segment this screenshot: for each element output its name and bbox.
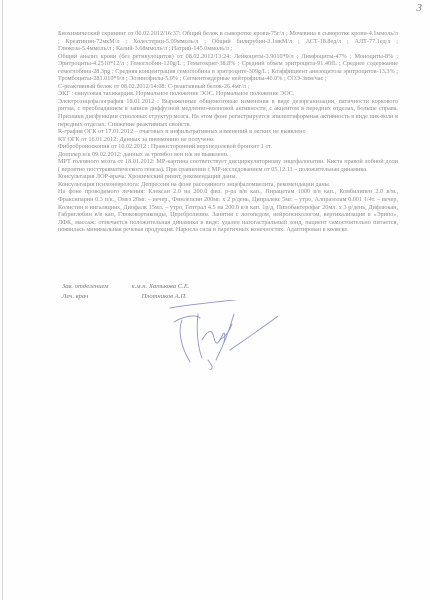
paragraph-biochemistry: Биохимический скрининг от 06.02.2012/16:… [58,30,398,53]
signature-role: Зав. отделением [62,283,130,290]
handwritten-signature-icon [160,300,280,370]
paragraph-eeg: Электроэнцефалография 18.01.2012 : Выраж… [58,98,398,128]
paragraph-ct: КТ ОГК от 16.01.2012: Данных за пневмони… [58,136,398,144]
page-number: 3 [417,2,423,14]
page-edge [2,0,3,600]
paragraph-blood-test: Общий анализ крови (без ретикулоцитов) о… [58,53,398,83]
paragraph-mri: МРТ головного мозга от 18.01.2012: МР-ка… [58,158,398,173]
signature-line-doctor: Леч. врач Плотников А.П. [62,293,187,300]
signature-role: Леч. врач [62,293,130,300]
paragraph-doppler: Допплер н/к 09.02.2012: данных за тромбо… [58,151,398,159]
paragraph-psychoneurology: Консультация психоневролога: Депрессия н… [58,181,398,189]
paragraph-crp: С-реактивный белок от 08.02.2012/14:08: … [58,83,398,91]
paragraph-ecg: ЭКГ : синусовая тахикардия. Нормальное п… [58,90,398,98]
document-page: 3 Биохимический скрининг от 06.02.2012/1… [0,0,430,600]
paragraph-treatment: На фоне проводимого лечения: Клексан 2.0… [58,188,398,233]
medical-report-body: Биохимический скрининг от 06.02.2012/16:… [58,30,398,234]
signature-line-head: Зав. отделением к.м.н. Хатькова С.Е. [62,283,190,290]
paragraph-ent: Консультация ЛОР-врача: Хронический рини… [58,173,398,181]
paragraph-bronchoscopy: Фиброброноскопия от 10.02.2012 : Правост… [58,143,398,151]
signature-name: к.м.н. Хатькова С.Е. [132,283,190,290]
paragraph-xray: R-графия ОГК от 17.01.2012 – очаговых и … [58,128,398,136]
signature-name: Плотников А.П. [132,293,187,300]
